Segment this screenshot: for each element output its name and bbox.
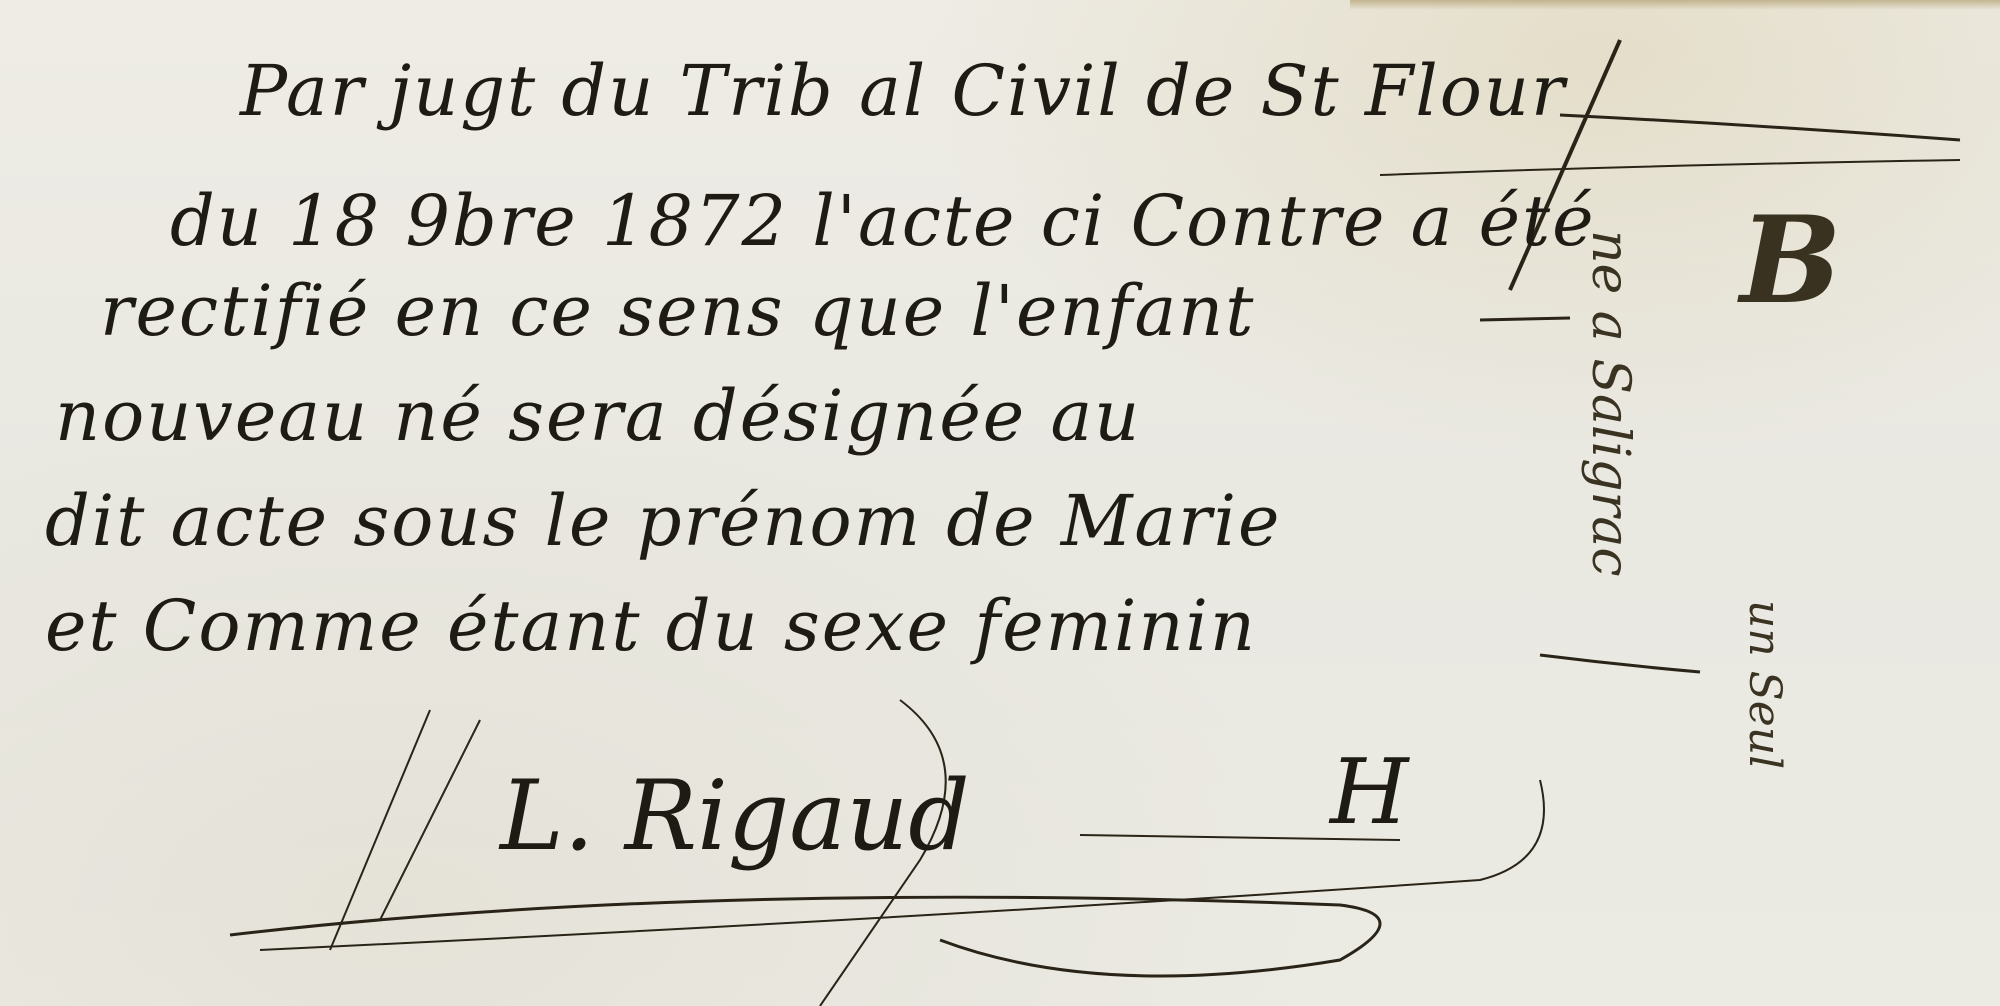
signature-paraph: H (1330, 740, 1409, 845)
text-line-5: dit acte sous le prénom de Marie (45, 480, 1281, 562)
signature: L. Rigaud (500, 760, 970, 872)
text-line-6: et Comme étant du sexe feminin (45, 585, 1257, 667)
inserted-margin-note: ne a Saligrac (1580, 230, 1640, 576)
text-line-2: du 18 9bre 1872 l'acte ci Contre a été (170, 180, 1596, 262)
text-line-3: rectifié en ce sens que l'enfant (100, 270, 1255, 352)
document-page: Par jugt du Trib al Civil de St Flour du… (0, 0, 2000, 1006)
text-line-1: Par jugt du Trib al Civil de St Flour (240, 50, 1566, 132)
margin-letter: B (1740, 190, 1841, 331)
text-line-4: nouveau né sera désignée au (55, 375, 1141, 457)
far-right-margin-note: un Seul (1739, 600, 1790, 769)
